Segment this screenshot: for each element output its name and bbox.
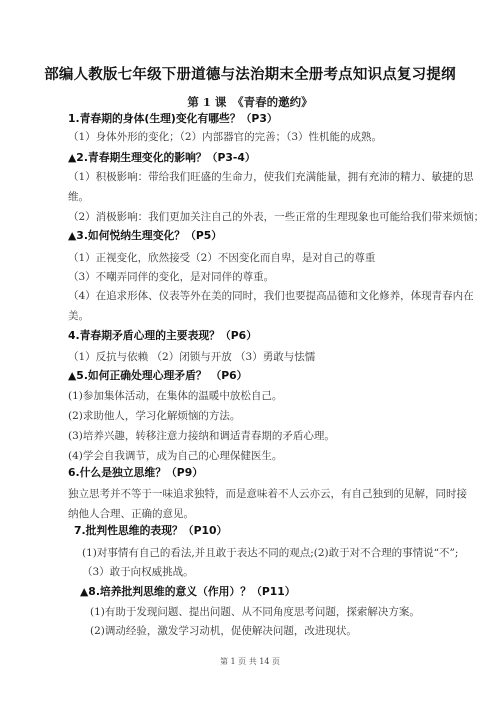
answer-line: （1）反抗与依赖 （2）闭锁与开放 （3）勇敢与怯懦 — [68, 350, 315, 364]
answer-line: (1)有助于发现问题、提出问题、从不同角度思考问题，探索解决方案。 — [90, 605, 420, 619]
question-6: 6.什么是独立思维？（P9） — [68, 466, 203, 480]
answer-line: (2)求助他人，学习化解烦恼的方法。 — [68, 409, 240, 423]
answer-line: (1)参加集体活动，在集体的温暖中放松自己。 — [68, 389, 282, 403]
answer-line: (4)学会自我调节，成为自己的心理保健医生。 — [68, 449, 282, 463]
question-3: ▲3.如何悦纳生理变化？（P5） — [68, 229, 222, 243]
question-5: ▲5.如何正确处理心理矛盾？ （P6） — [68, 369, 247, 383]
answer-line: （1）积极影响：带给我们旺盛的生命力，使我们充满能量，拥有充沛的精力、敏捷的思 — [68, 170, 474, 184]
document-title: 部编人教版七年级下册道德与法治期末全册考点知识点复习提纲 — [0, 63, 500, 84]
answer-line: （2）消极影响：我们更加关注自己的外表，一些正常的生理现象也可能给我们带来烦恼； — [68, 210, 484, 224]
answer-line: （1）身体外形的变化；（2）内部器官的完善；（3）性机能的成熟。 — [68, 130, 382, 144]
document-page: 部编人教版七年级下册道德与法治期末全册考点知识点复习提纲 第 1 课 《青春的邀… — [0, 0, 500, 707]
question-2: ▲2.青春期生理变化的影响？（P3-4） — [68, 151, 256, 165]
answer-line: （3）敢于向权威挑战。 — [82, 565, 194, 579]
page-footer: 第 1 页 共 14 页 — [0, 656, 500, 667]
answer-line: (3)培养兴趣，转移注意力接纳和调适青春期的矛盾心理。 — [68, 429, 335, 443]
question-4: 4.青春期矛盾心理的主要表现？（P6） — [68, 329, 257, 343]
answer-line: 纳他人合理、正确的意见。 — [68, 507, 194, 521]
answer-line: (1)对事情有自己的看法,并且敢于表达不同的观点;(2)敢于对不合理的事情说“不… — [82, 546, 458, 560]
answer-line: （1）正视变化，欣然接受（2）不因变化而自卑，是对自己的尊重 — [68, 251, 375, 265]
answer-line: 独立思考并不等于一味追求独特，而是意味着不人云亦云，有自己独到的见解，同时接 — [68, 487, 467, 501]
answer-line: 美。 — [68, 309, 89, 323]
question-1: 1.青春期的身体(生理)变化有哪些？（P3） — [68, 112, 278, 126]
answer-line: （3）不嘲弄同伴的变化，是对同伴的尊重。 — [68, 270, 274, 284]
answer-line: 维。 — [68, 190, 89, 204]
answer-line: （4）在追求形体、仪表等外在美的同时，我们也要提高品德和文化修养，体现青春内在 — [68, 289, 474, 303]
answer-line: (2)调动经验，激发学习动机，促使解决问题，改进现状。 — [90, 624, 357, 638]
lesson-heading: 第 1 课 《青春的邀约》 — [0, 94, 500, 110]
question-8: ▲8.培养批判思维的意义（作用）？（P11） — [80, 585, 296, 599]
question-7: 7.批判性思维的表现？（P10） — [74, 524, 227, 538]
